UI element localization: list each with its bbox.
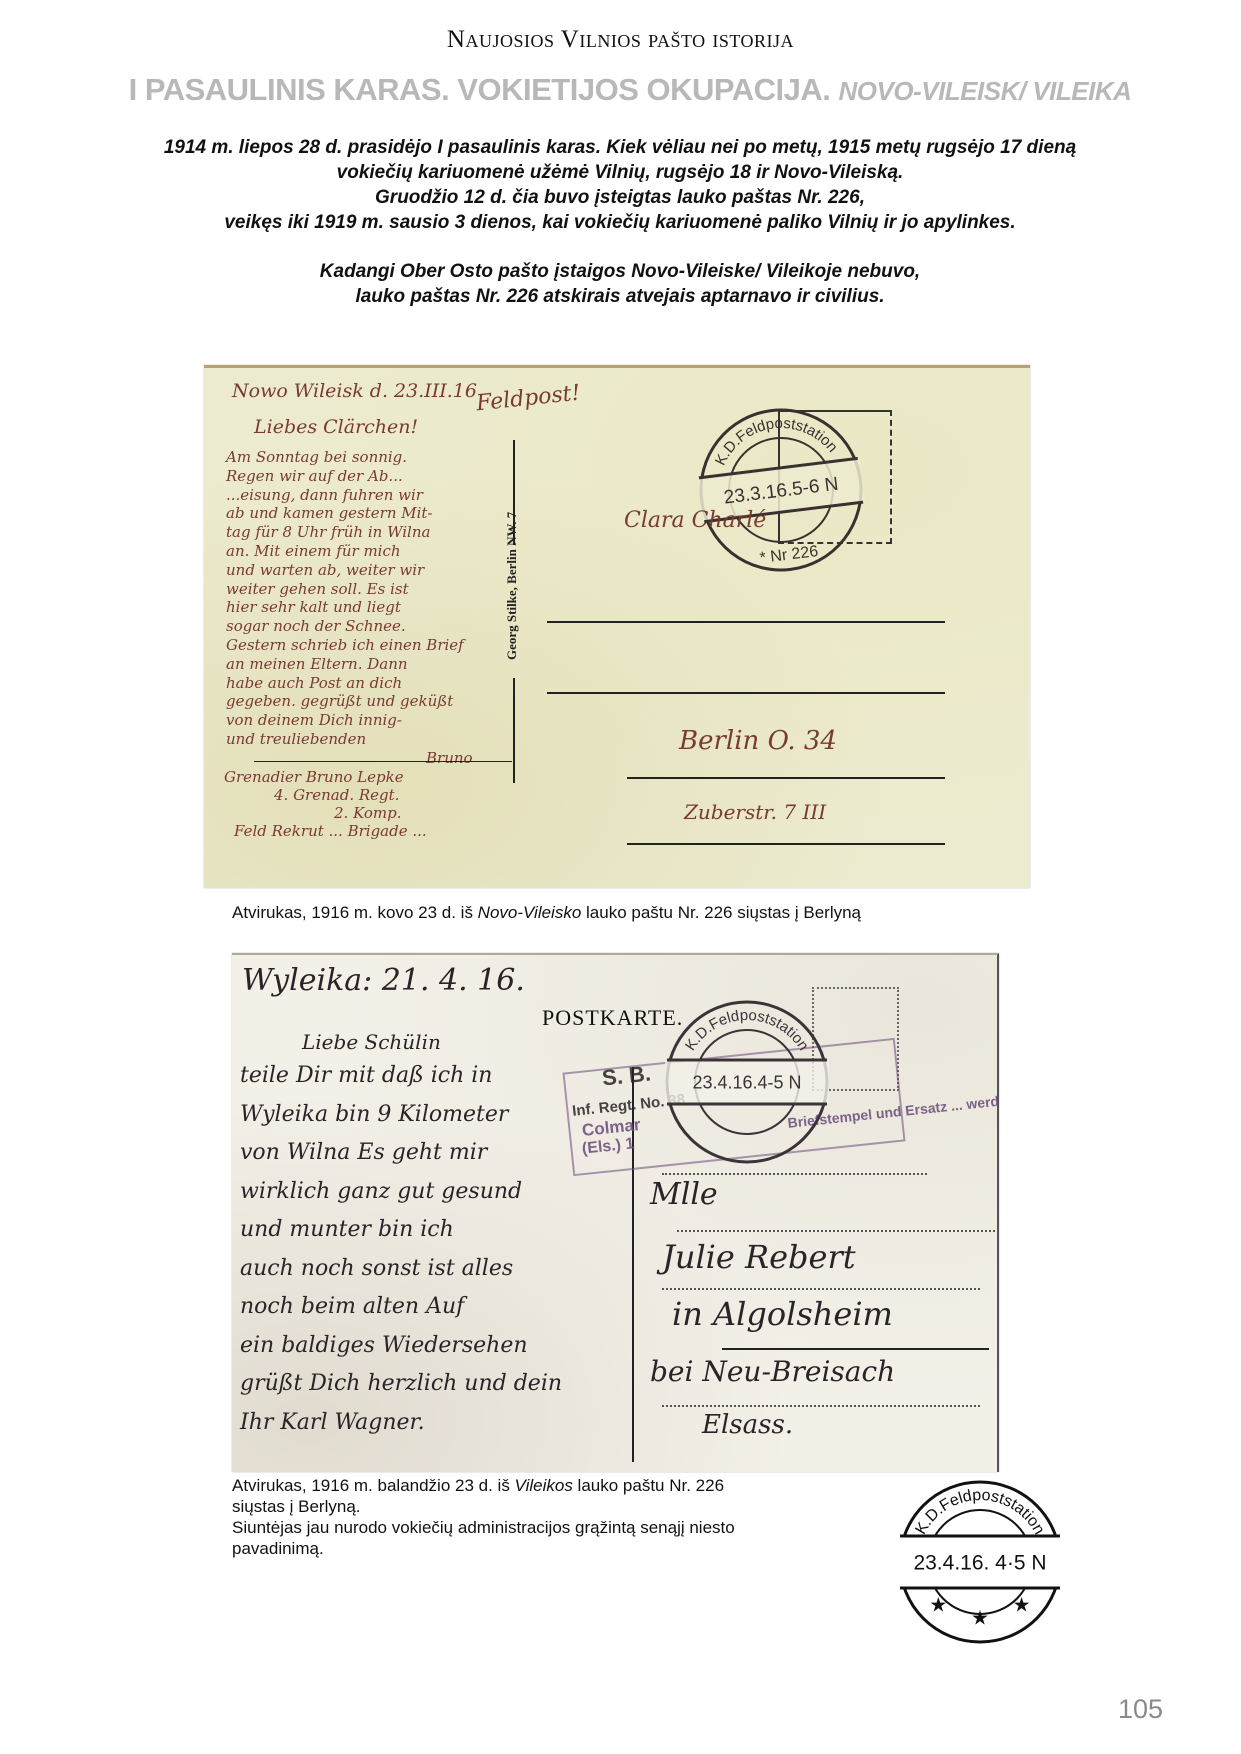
handwriting-line: noch beim alten Auf [240,1294,464,1319]
handwriting-feldpost: Feldpost! [475,381,582,417]
caption-text: lauko paštu Nr. 226 siųstas į Berlyną [581,903,861,922]
address-name: Julie Rebert [662,1238,856,1276]
handwriting-line: Ihr Karl Wagner. [240,1410,425,1435]
handwriting-line: von deinem Dich innig- [226,711,402,729]
caption-line: pavadinimą. [232,1538,872,1559]
handwriting-heading: Wyleika: 21. 4. 16. [242,963,525,998]
handwriting-line: an. Mit einem für mich [226,542,401,560]
handwriting-line: Grenadier Bruno Lepke [224,768,404,786]
handwriting-line: ...eisung, dann fuhren wir [226,486,423,504]
address-underline [722,1348,989,1350]
svg-text:K.D.Feldpoststation: K.D.Feldpoststation [913,1487,1048,1538]
address-line [677,1230,995,1232]
handwriting-line: und munter bin ich [240,1217,454,1242]
handwriting-line: grüßt Dich herzlich und dein [240,1371,562,1396]
address-city: Berlin O. 34 [679,726,837,756]
intro-line: Gruodžio 12 d. čia buvo įsteigtas lauko … [60,185,1180,210]
postmark-1: K.D.Feldpoststation23.3.16.5-6 N* Nr 226 [694,403,869,578]
handwriting-line: Bruno [426,749,473,767]
handwriting-line: hier sehr kalt und liegt [226,598,401,616]
series-title: Naujosios Vilnios pašto istorija [0,26,1241,54]
caption-text: Atvirukas, 1916 m. balandžio 23 d. iš [232,1476,515,1495]
unit-stamp-line: S. B. [601,1061,652,1092]
page-number: 105 [1118,1694,1163,1725]
caption-line: Siuntėjas jau nurodo vokiečių administra… [232,1517,872,1538]
svg-text:★: ★ [1013,1595,1031,1617]
handwriting-line: Am Sonntag bei sonnig. [226,448,407,466]
handwriting-line: tag für 8 Uhr früh in Wilna [226,523,430,541]
address-line [547,621,945,623]
handwriting-line: wirklich ganz gut gesund [240,1179,522,1204]
svg-text:23.4.16. 4·5 N: 23.4.16. 4·5 N [913,1551,1046,1574]
chapter-subtitle: NOVO-VILEISK/ VILEIKA [839,76,1132,106]
intro-line: 1914 m. liepos 28 d. prasidėjo I pasauli… [60,135,1180,160]
intro-line: Kadangi Ober Osto pašto įstaigos Novo-Vi… [60,259,1180,284]
caption-line: Atvirukas, 1916 m. balandžio 23 d. iš Vi… [232,1475,872,1496]
address-street: Zuberstr. 7 III [684,800,826,824]
handwriting-line: von Wilna Es geht mir [240,1140,487,1165]
postcard-2-image: Wyleika: 21. 4. 16. POSTKARTE. Liebe Sch… [232,953,999,1472]
handwriting-line: an meinen Eltern. Dann [226,655,408,673]
svg-text:★: ★ [971,1607,989,1629]
detail-postmark: K.D.Feldpoststation23.4.16. 4·5 N★★★ [880,1480,1080,1660]
address-line [662,1173,927,1175]
divider-line [254,761,512,762]
handwriting-line: Wyleika bin 9 Kilometer [240,1102,508,1127]
handwriting-salutation: Liebe Schülin [302,1030,441,1054]
handwriting-line: 4. Grenad. Regt. [274,786,399,804]
handwriting-line: Gestern schrieb ich einen Brief [226,636,464,654]
address-city: in Algolsheim [672,1295,893,1333]
address-line [627,777,945,779]
address-country: Elsass. [702,1410,793,1440]
handwriting-heading: Nowo Wileisk d. 23.III.16 [232,380,477,402]
handwriting-line: und warten ab, weiter wir [226,561,424,579]
publisher-imprint: Georg Stilke, Berlin NW. 7 [504,512,520,660]
handwriting-line: ein baldiges Wiedersehen [240,1333,528,1358]
caption-place: Vileikos [515,1476,573,1495]
caption-line: siųstas į Berlyną. [232,1496,872,1517]
address-line [627,843,945,845]
svg-text:★: ★ [929,1595,947,1617]
address-line [662,1405,980,1407]
intro-line: lauko paštas Nr. 226 atskirais atvejais … [60,284,1180,309]
address-name: Clara Charlé [624,508,766,533]
handwriting-line: auch noch sonst ist alles [240,1256,513,1281]
handwriting-line: und treuliebenden [226,730,366,748]
handwriting-salutation: Liebes Clärchen! [254,416,418,438]
address-line [662,1288,980,1290]
caption-1: Atvirukas, 1916 m. kovo 23 d. iš Novo-Vi… [232,902,861,923]
handwriting-line: 2. Komp. [334,804,402,822]
postcard-1-image: Nowo Wileisk d. 23.III.16 Feldpost! Lieb… [204,365,1030,888]
caption-place: Novo-Vileisko [478,903,582,922]
handwriting-line: ab und kamen gestern Mit- [226,504,433,522]
postmark-2: K.D.Feldpoststation23.4.16.4-5 N [660,995,835,1170]
caption-text: Atvirukas, 1916 m. kovo 23 d. iš [232,903,478,922]
intro-line: veikęs iki 1919 m. sausio 3 dienos, kai … [60,210,1180,235]
handwriting-line: Regen wir auf der Ab... [226,467,403,485]
handwriting-line: habe auch Post an dich [226,674,402,692]
chapter-title: I PASAULINIS KARAS. VOKIETIJOS OKUPACIJA… [30,72,1230,108]
intro-line: vokiečių kariuomenė užėmė Vilnių, rugsėj… [60,160,1180,185]
handwriting-line: Feld Rekrut ... Brigade ... [234,822,427,840]
address-line [547,692,945,694]
handwriting-line: teile Dir mit daß ich in [240,1063,492,1088]
handwriting-line: gegeben. gegrüßt und geküßt [226,692,453,710]
spacer [60,235,1180,259]
caption-2: Atvirukas, 1916 m. balandžio 23 d. iš Vi… [232,1475,872,1559]
handwriting-line: weiter gehen soll. Es ist [226,580,409,598]
svg-text:23.4.16.4-5 N: 23.4.16.4-5 N [692,1072,801,1092]
intro-text: 1914 m. liepos 28 d. prasidėjo I pasauli… [60,135,1180,309]
handwriting-line: sogar noch der Schnee. [226,617,406,635]
caption-text: lauko paštu Nr. 226 [573,1476,724,1495]
address-title: Mlle [650,1177,718,1212]
center-divider-bottom [513,678,515,783]
chapter-title-main: I PASAULINIS KARAS. VOKIETIJOS OKUPACIJA… [129,72,831,107]
address-region: bei Neu-Breisach [650,1355,895,1388]
